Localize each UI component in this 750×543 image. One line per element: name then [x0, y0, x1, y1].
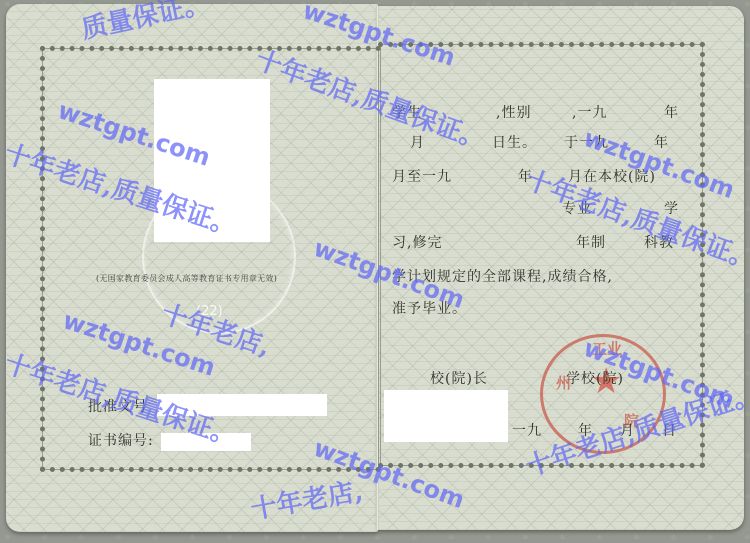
label-date-year-prefix: 一九 — [512, 420, 542, 440]
approval-number-redacted — [157, 394, 327, 416]
label-born-year-prefix: ,一九 — [572, 102, 607, 122]
label-month-1: 月 — [410, 132, 425, 152]
seal-validity-note: (无国家教育委员会成人高等教育证书专用章无效) — [96, 273, 277, 284]
approval-number-label: 批准文号 — [88, 396, 148, 416]
label-date-month: 月 — [620, 420, 635, 440]
label-year-3: 年 — [518, 166, 533, 186]
label-president: 校(院)长 — [430, 368, 488, 388]
cert-number-label: 证书编号: — [88, 430, 154, 450]
label-year-1: 年 — [664, 102, 679, 122]
label-month-in-school: 月在本校(院) — [568, 166, 656, 186]
label-school: 学校(院) — [566, 368, 624, 388]
label-study-complete: 习,修完 — [392, 232, 442, 252]
text-curriculum-completed: 学计划规定的全部课程,成绩合格, — [392, 266, 613, 286]
text-graduation-approved: 准予毕业。 — [392, 298, 467, 318]
label-month-to-prefix: 月至一九 — [392, 166, 452, 186]
label-date-year: 年 — [578, 420, 593, 440]
label-from-prefix: 于一九 — [564, 132, 609, 152]
stamp-text-top: 工业 — [592, 338, 622, 359]
label-year-2: 年 — [654, 132, 669, 152]
embossed-seal-number: (22) — [196, 304, 223, 319]
president-name-redacted — [384, 390, 508, 442]
label-gender: ,性别 — [496, 102, 531, 122]
label-major: 专业 — [562, 198, 592, 218]
label-date-day: 日 — [662, 420, 677, 440]
label-day-born: 日生。 — [492, 132, 537, 152]
label-study-char: 学 — [664, 198, 679, 218]
label-year-system: 年制 — [576, 232, 606, 252]
photo-placeholder — [154, 79, 270, 242]
label-level: 科教 — [644, 232, 674, 252]
cert-number-redacted — [161, 433, 251, 451]
label-student: 学生 — [392, 102, 422, 122]
